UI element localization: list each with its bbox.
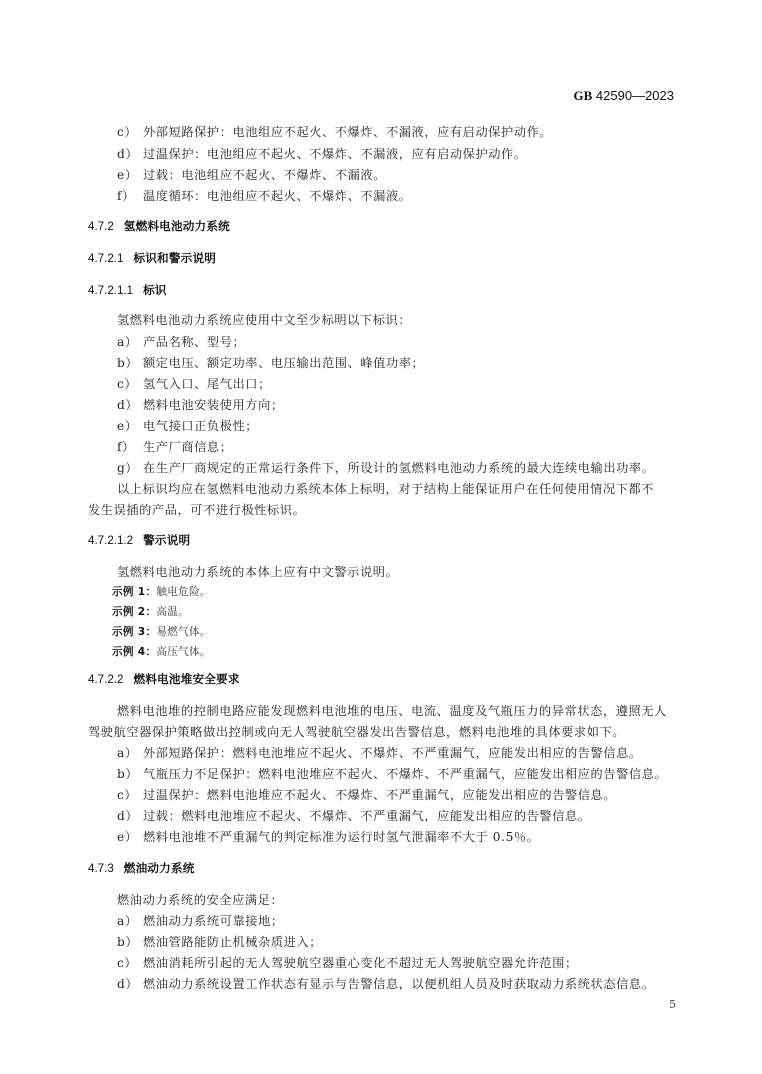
standard-code: GB 42590—2023 — [574, 88, 675, 104]
page-number: 5 — [669, 998, 676, 1011]
section-heading: 4.7.2.2燃料电池堆安全要求 — [88, 671, 240, 687]
list-item: g）在生产厂商规定的正常运行条件下，所设计的氢燃料电池动力系统的最大连续电输出功… — [117, 459, 655, 476]
list-item: e）过载：电池组应不起火、不爆炸、不漏液。 — [117, 166, 386, 183]
section-heading: 4.7.2.1.2警示说明 — [88, 532, 190, 548]
list-item: b）额定电压、额定功率、电压输出范围、峰值功率； — [117, 354, 424, 371]
list-item: d）燃油动力系统设置工作状态有显示与告警信息，以便机组人员及时获取动力系统状态信… — [117, 975, 655, 992]
list-item: a）产品名称、型号； — [117, 333, 245, 350]
paragraph-continuation: 驾驶航空器保护策略做出控制或向无人驾驶航空器发出告警信息，燃料电池堆的具体要求如… — [88, 723, 625, 740]
list-item: c）氢气入口、尾气出口； — [117, 375, 271, 392]
example-item: 示例 2：高温。 — [112, 604, 189, 619]
paragraph: 燃料电池堆的控制电路应能发现燃料电池堆的电压、电流、温度及气瓶压力的异常状态，遵… — [117, 702, 667, 719]
list-item: e）燃料电池堆不严重漏气的判定标准为运行时氢气泄漏率不大于 0.5％。 — [117, 828, 540, 845]
section-heading: 4.7.2氢燃料电池动力系统 — [88, 218, 230, 234]
standard-number: 42590—2023 — [596, 88, 674, 103]
paragraph: 燃油动力系统的安全应满足： — [117, 891, 283, 908]
standard-prefix: GB — [574, 88, 593, 103]
list-item: b）气瓶压力不足保护：燃料电池堆应不起火、不爆炸、不严重漏气，应能发出相应的告警… — [117, 765, 667, 782]
list-item: d）过温保护：电池组应不起火、不爆炸、不漏液，应有启动保护动作。 — [117, 145, 527, 162]
list-item: c）外部短路保护：电池组应不起火、不爆炸、不漏液，应有启动保护动作。 — [117, 123, 552, 140]
paragraph: 氢燃料电池动力系统应使用中文至少标明以下标识： — [117, 311, 411, 328]
example-item: 示例 1：触电危险。 — [112, 584, 211, 599]
example-item: 示例 4：高压气体。 — [112, 644, 211, 659]
list-item: b）燃油管路能防止机械杂质进入； — [117, 933, 322, 950]
paragraph: 以上标识均应在氢燃料电池动力系统本体上标明，对于结构上能保证用户在任何使用情况下… — [117, 480, 654, 497]
example-item: 示例 3：易燃气体。 — [112, 624, 211, 639]
list-item: d）燃料电池安装使用方向； — [117, 396, 284, 413]
list-item: f）生产厂商信息； — [117, 438, 233, 455]
list-item: e）电气接口正负极性； — [117, 417, 258, 434]
list-item: c）过温保护：燃料电池堆应不起火、不爆炸、不严重漏气，应能发出相应的告警信息。 — [117, 786, 616, 803]
list-item: c）燃油消耗所引起的无人驾驶航空器重心变化不超过无人驾驶航空器允许范围； — [117, 954, 578, 971]
list-item: a）外部短路保护：燃料电池堆应不起火、不爆炸、不严重漏气，应能发出相应的告警信息… — [117, 744, 642, 761]
list-item: a）燃油动力系统可靠接地； — [117, 912, 284, 929]
section-heading: 4.7.3燃油动力系统 — [88, 860, 195, 876]
section-heading: 4.7.2.1标识和警示说明 — [88, 250, 216, 266]
paragraph: 氢燃料电池动力系统的本体上应有中文警示说明。 — [117, 563, 398, 580]
list-item: d）过载：燃料电池堆应不起火、不爆炸、不严重漏气，应能发出相应的告警信息。 — [117, 807, 591, 824]
section-heading: 4.7.2.1.1标识 — [88, 282, 167, 298]
list-item: f）温度循环：电池组应不起火、不爆炸、不漏液。 — [117, 187, 412, 204]
paragraph-continuation: 发生误插的产品，可不进行极性标识。 — [88, 501, 305, 518]
